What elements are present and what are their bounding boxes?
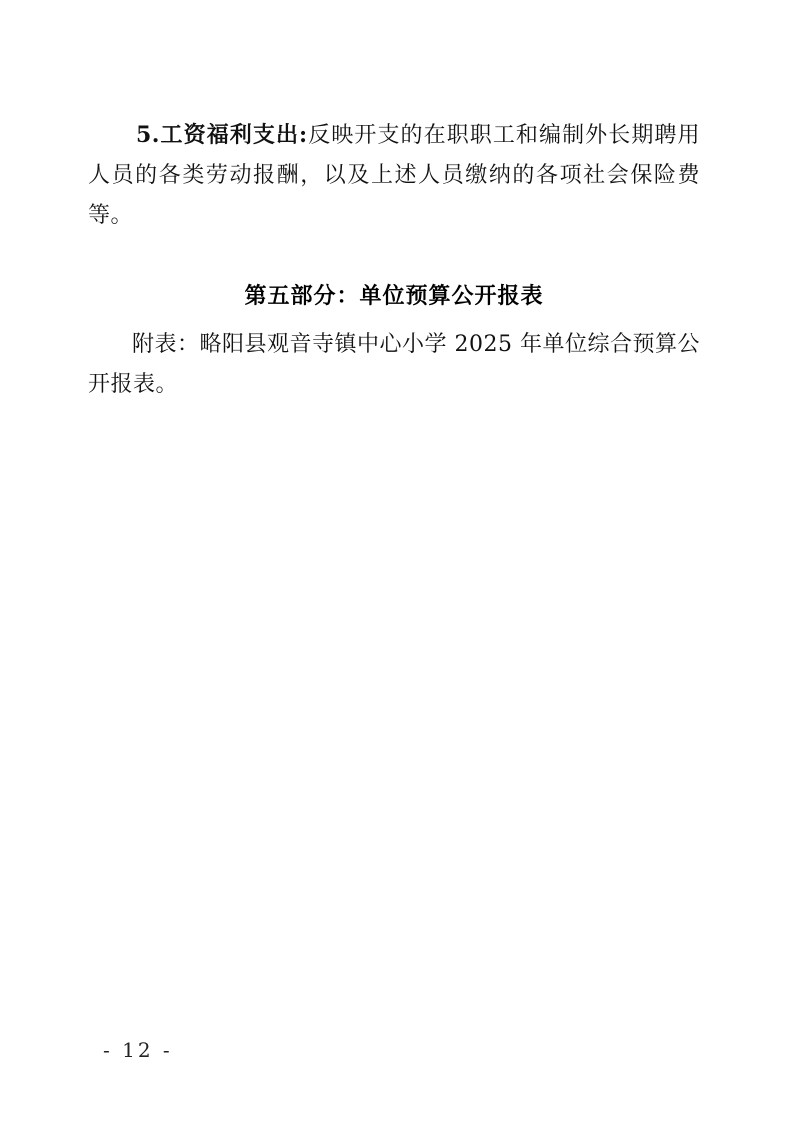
document-page: 5.工资福利支出:反映开支的在职职工和编制外长期聘用人员的各类劳动报酬，以及上述… — [0, 0, 793, 1122]
paragraph-salary-welfare-expense: 5.工资福利支出:反映开支的在职职工和编制外长期聘用人员的各类劳动报酬，以及上述… — [88, 115, 700, 236]
document-content: 5.工资福利支出:反映开支的在职职工和编制外长期聘用人员的各类劳动报酬，以及上述… — [88, 115, 700, 405]
page-number: - 12 - — [103, 1037, 173, 1063]
paragraph-lead-term: 5.工资福利支出: — [136, 122, 308, 148]
section-heading-part-five: 第五部分：单位预算公开报表 — [88, 277, 700, 317]
paragraph-annex-note: 附表：略阳县观音寺镇中心小学 2025 年单位综合预算公开报表。 — [88, 325, 700, 405]
